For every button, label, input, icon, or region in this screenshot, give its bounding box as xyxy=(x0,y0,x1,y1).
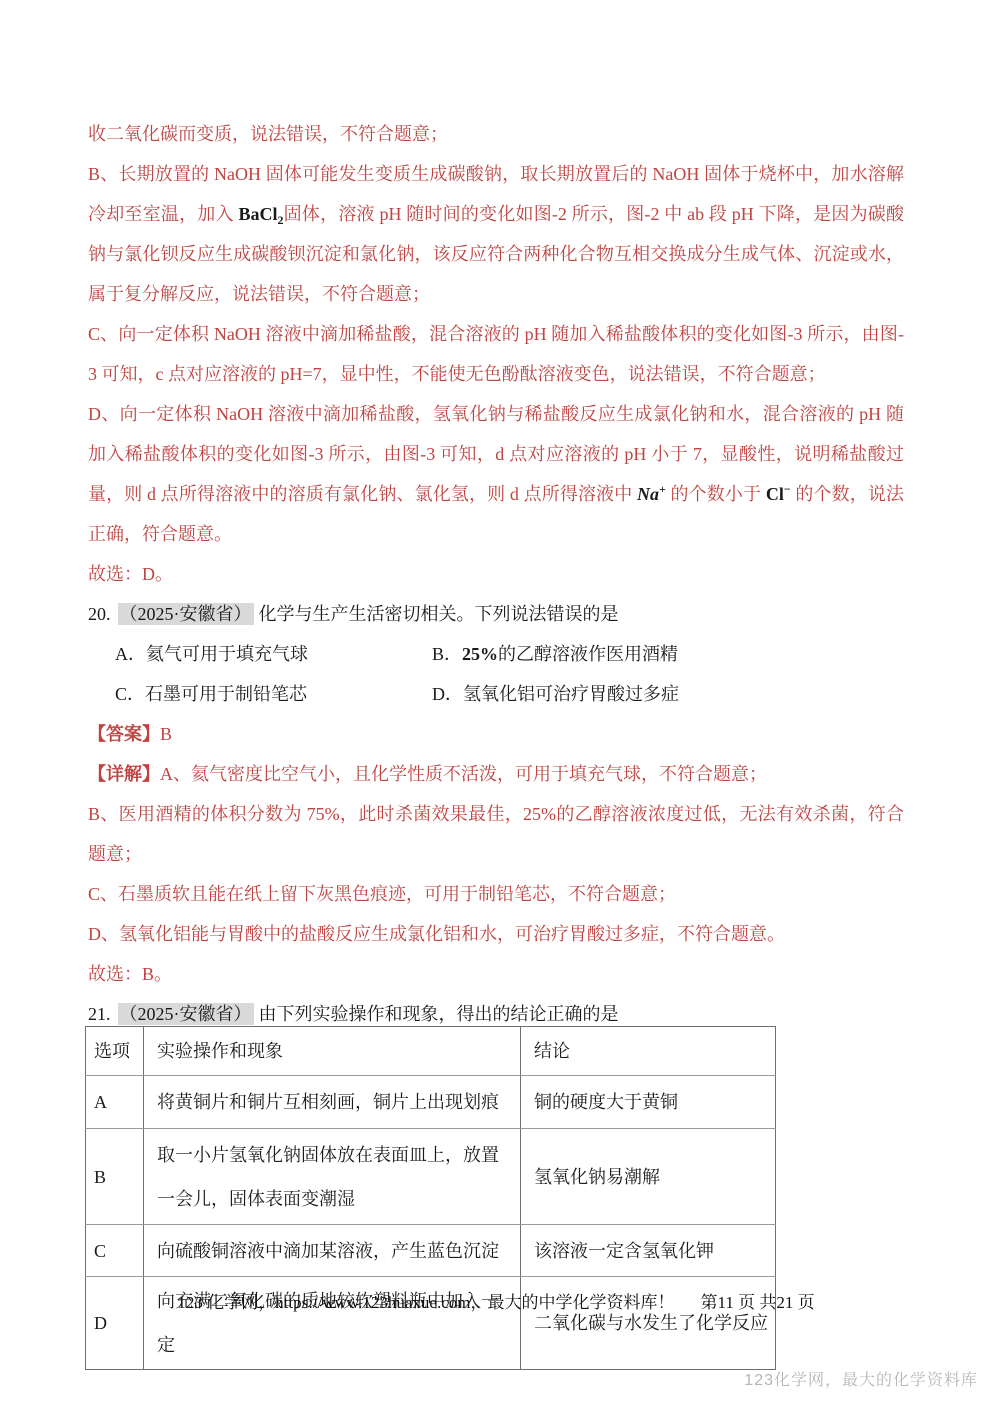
table-row: D 向充满二氧化碳的质地较软塑料瓶中加入一定 二氧化碳与水发生了化学反应 xyxy=(86,1277,776,1370)
table-cell-operation-d: 向充满二氧化碳的质地较软塑料瓶中加入一定 xyxy=(144,1277,521,1370)
q20-stem-line: 20.（2025·安徽省）化学与生产生活密切相关。下列说法错误的是 xyxy=(88,594,904,634)
table-cell-option-d: D xyxy=(86,1277,144,1370)
q21-stem-text: 由下列实验操作和现象，得出的结论正确的是 xyxy=(259,1004,619,1024)
q20-option-b-bold: 25% xyxy=(462,644,498,664)
q19-detail-d: D、向一定体积 NaOH 溶液中滴加稀盐酸，氢氧化钠与稀盐酸反应生成氯化钠和水，… xyxy=(88,394,904,554)
q20-answer-label: 【答案】 xyxy=(88,724,160,744)
footer-page-number: 第11 页 共21 页 xyxy=(700,1293,814,1312)
q20-source-tag: （2025·安徽省） xyxy=(118,603,254,625)
na-ion-charge: + xyxy=(659,482,666,496)
table-cell-conclusion-a: 铜的硬度大于黄铜 xyxy=(521,1076,776,1129)
q21-stem-line: 21.（2025·安徽省）由下列实验操作和现象，得出的结论正确的是 xyxy=(88,994,904,1034)
q20-detail-d: D、氢氧化铝能与胃酸中的盐酸反应生成氯化铝和水，可治疗胃酸过多症，不符合题意。 xyxy=(88,914,904,954)
na-ion-formula: Na xyxy=(637,484,659,504)
q20-option-d-text: 氢氧化铝可治疗胃酸过多症 xyxy=(463,684,679,704)
q20-conclusion-text: 故选：B。 xyxy=(88,964,172,984)
q20-detail-b: B、医用酒精的体积分数为 75%，此时杀菌效果最佳，25%的乙醇溶液浓度过低，无… xyxy=(88,794,904,874)
q21-number: 21. xyxy=(88,1004,111,1024)
cl-ion-formula: Cl xyxy=(766,484,784,504)
page-footer: 123 化学网，https://www.123huaxue.com，最大的中学化… xyxy=(0,1292,992,1314)
q19-detail-c-text: C、向一定体积 NaOH 溶液中滴加稀盐酸，混合溶液的 pH 随加入稀盐酸体积的… xyxy=(88,324,904,384)
q21-source-tag: （2025·安徽省） xyxy=(118,1003,254,1025)
q20-options-row-2: C．石墨可用于制铅笔芯 D．氢氧化铝可治疗胃酸过多症 xyxy=(88,674,904,714)
q20-options-row-1: A．氦气可用于填充气球 B．25%的乙醇溶液作医用酒精 xyxy=(88,634,904,674)
q20-option-a-text: 氦气可用于填充气球 xyxy=(146,644,308,664)
document-page: 收二氧化碳而变质，说法错误，不符合题意； B、长期放置的 NaOH 固体可能发生… xyxy=(0,0,992,1403)
footer-site-info: 123 化学网，https://www.123huaxue.com，最大的中学化… xyxy=(177,1293,674,1312)
q20-number: 20. xyxy=(88,604,111,624)
q20-stem-text: 化学与生产生活密切相关。下列说法错误的是 xyxy=(259,604,619,624)
q19-detail-a-tail: 收二氧化碳而变质，说法错误，不符合题意； xyxy=(88,114,904,154)
table-cell-operation-a: 将黄铜片和铜片互相刻画，铜片上出现划痕 xyxy=(144,1076,521,1129)
q20-detail-c-text: C、石墨质软且能在纸上留下灰黑色痕迹，可用于制铅笔芯，不符合题意； xyxy=(88,884,676,904)
q20-detail-label: 【详解】 xyxy=(88,764,160,784)
q20-option-b: B．25%的乙醇溶液作医用酒精 xyxy=(432,634,678,674)
table-row: C 向硫酸铜溶液中滴加某溶液，产生蓝色沉淀 该溶液一定含氢氧化钾 xyxy=(86,1225,776,1277)
table-cell-conclusion-b: 氢氧化钠易潮解 xyxy=(521,1129,776,1225)
bacl2-formula: BaCl xyxy=(238,204,277,224)
q20-detail-a: 【详解】A、氦气密度比空气小，且化学性质不活泼，可用于填充气球，不符合题意； xyxy=(88,754,904,794)
q20-option-a: A．氦气可用于填充气球 xyxy=(115,634,432,674)
table-cell-operation-b: 取一小片氢氧化钠固体放在表面皿上，放置一会儿，固体表面变潮湿 xyxy=(144,1129,521,1225)
q20-option-d: D．氢氧化铝可治疗胃酸过多症 xyxy=(432,674,679,714)
q20-option-b-label: B． xyxy=(432,644,462,664)
q20-option-b-text: 的乙醇溶液作医用酒精 xyxy=(498,644,678,664)
q20-answer-value: B xyxy=(160,724,172,744)
q20-option-c: C．石墨可用于制铅笔芯 xyxy=(115,674,432,714)
table-row: B 取一小片氢氧化钠固体放在表面皿上，放置一会儿，固体表面变潮湿 氢氧化钠易潮解 xyxy=(86,1129,776,1225)
q19-detail-a-tail-text: 收二氧化碳而变质，说法错误，不符合题意； xyxy=(88,124,448,144)
q20-conclusion: 故选：B。 xyxy=(88,954,904,994)
q20-option-c-label: C． xyxy=(115,684,145,704)
q19-detail-b: B、长期放置的 NaOH 固体可能发生变质生成碳酸钠，取长期放置后的 NaOH … xyxy=(88,154,904,314)
table-cell-option-a: A xyxy=(86,1076,144,1129)
q20-option-d-label: D． xyxy=(432,684,463,704)
q20-detail-b-text: B、医用酒精的体积分数为 75%，此时杀菌效果最佳，25%的乙醇溶液浓度过低，无… xyxy=(88,804,904,864)
table-cell-operation-c: 向硫酸铜溶液中滴加某溶液，产生蓝色沉淀 xyxy=(144,1225,521,1277)
q19-detail-d-mid: 的个数小于 xyxy=(666,484,766,504)
q19-detail-c: C、向一定体积 NaOH 溶液中滴加稀盐酸，混合溶液的 pH 随加入稀盐酸体积的… xyxy=(88,314,904,394)
q20-answer-line: 【答案】B xyxy=(88,714,904,754)
table-cell-conclusion-c: 该溶液一定含氢氧化钾 xyxy=(521,1225,776,1277)
q21-experiment-table: 选项 实验操作和现象 结论 A 将黄铜片和铜片互相刻画，铜片上出现划痕 铜的硬度… xyxy=(85,1026,776,1370)
watermark-text: 123化学网，最大的化学资料库 xyxy=(744,1367,978,1390)
q20-detail-c: C、石墨质软且能在纸上留下灰黑色痕迹，可用于制铅笔芯，不符合题意； xyxy=(88,874,904,914)
q20-detail-a-text: A、氦气密度比空气小，且化学性质不活泼，可用于填充气球，不符合题意； xyxy=(160,764,767,784)
page-content: 收二氧化碳而变质，说法错误，不符合题意； B、长期放置的 NaOH 固体可能发生… xyxy=(88,114,904,1370)
q20-option-a-label: A． xyxy=(115,644,146,664)
table-cell-option-c: C xyxy=(86,1225,144,1277)
q19-conclusion: 故选：D。 xyxy=(88,554,904,594)
q19-conclusion-text: 故选：D。 xyxy=(88,564,173,584)
cl-ion-charge: − xyxy=(784,482,791,496)
q20-detail-d-text: D、氢氧化铝能与胃酸中的盐酸反应生成氯化铝和水，可治疗胃酸过多症，不符合题意。 xyxy=(88,924,785,944)
table-cell-option-b: B xyxy=(86,1129,144,1225)
table-row: A 将黄铜片和铜片互相刻画，铜片上出现划痕 铜的硬度大于黄铜 xyxy=(86,1076,776,1129)
table-cell-conclusion-d: 二氧化碳与水发生了化学反应 xyxy=(521,1277,776,1370)
table-header-conclusion: 结论 xyxy=(521,1027,776,1076)
q20-option-c-text: 石墨可用于制铅笔芯 xyxy=(145,684,307,704)
